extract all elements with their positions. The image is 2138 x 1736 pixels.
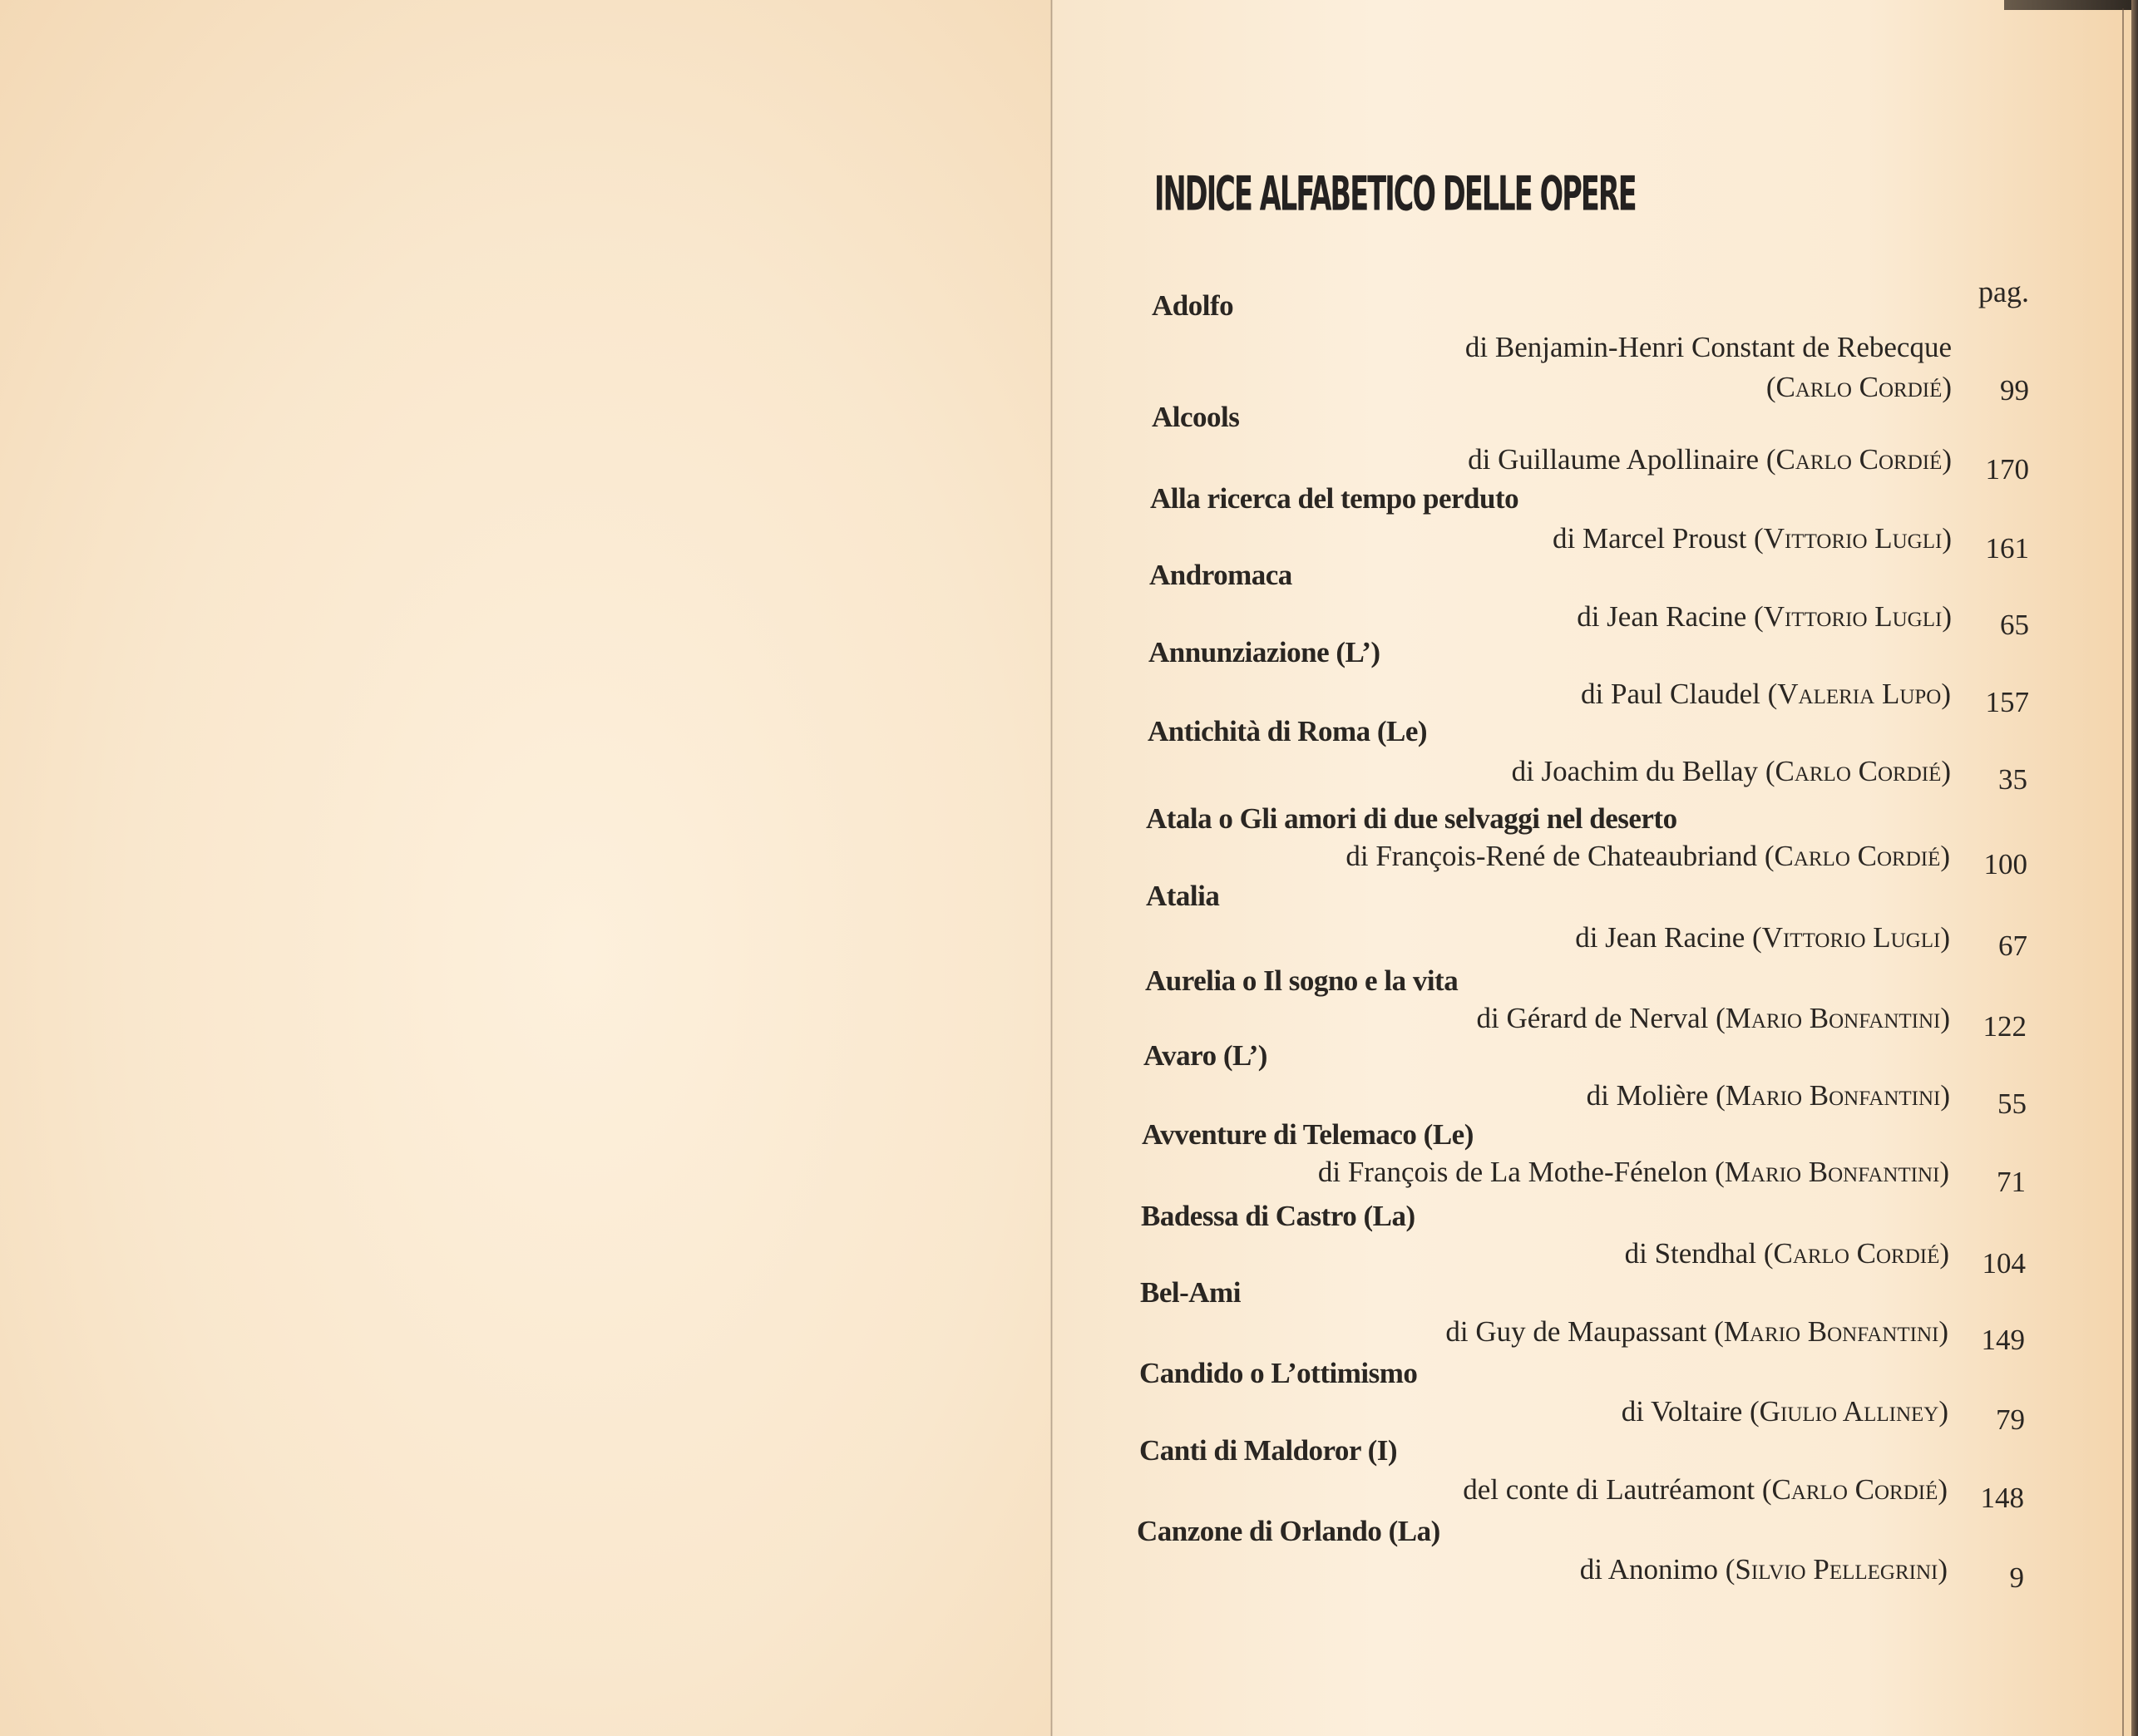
entry-author-editor: di Guy de Maupassant (Mario Bonfantini) xyxy=(1445,1315,1948,1349)
entry-page-number: 161 xyxy=(1954,532,2029,565)
entry-author: di Benjamin-Henri Constant de Rebecque xyxy=(1465,331,1952,364)
entry-title: Adolfo xyxy=(1152,289,1233,323)
entry-page-number: 104 xyxy=(1951,1247,2026,1280)
entry-title: Aurelia o Il sogno e la vita xyxy=(1145,964,1458,998)
entry-title: Badessa di Castro (La) xyxy=(1141,1200,1415,1233)
entry-author-editor: di Anonimo (Silvio Pellegrini) xyxy=(1580,1553,1948,1586)
entry-author-editor: di François-René de Chateaubriand (Carlo… xyxy=(1346,840,1950,873)
entry-page-number: 79 xyxy=(1950,1403,2025,1437)
entry-author-editor: di Paul Claudel (Valeria Lupo) xyxy=(1581,678,1951,711)
entry-page-number: 71 xyxy=(1951,1166,2026,1199)
entry-page-number: 99 xyxy=(1954,374,2029,407)
entry-author-editor: di Gérard de Nerval (Mario Bonfantini) xyxy=(1476,1002,1950,1035)
entry-title: Candido o L’ottimismo xyxy=(1139,1357,1417,1390)
entry-title: Annunziazione (L’) xyxy=(1148,636,1380,669)
entry-page-number: 55 xyxy=(1952,1087,2027,1121)
entry-author-editor: di François de La Mothe-Fénelon (Mario B… xyxy=(1318,1156,1949,1189)
entry-title: Atalia xyxy=(1146,880,1219,913)
entry-title: Avaro (L’) xyxy=(1143,1039,1267,1073)
page-title: INDICE ALFABETICO DELLE OPERE xyxy=(1154,166,1636,221)
entry-author-editor: di Joachim du Bellay (Carlo Cordié) xyxy=(1512,755,1951,788)
entry-author-editor: di Molière (Mario Bonfantini) xyxy=(1587,1079,1950,1112)
entry-title: Atala o Gli amori di due selvaggi nel de… xyxy=(1146,802,1677,836)
entry-author-editor: di Jean Racine (Vittorio Lugli) xyxy=(1577,600,1952,634)
page-column-label: pag. xyxy=(1975,274,2029,309)
entry-author-editor: di Stendhal (Carlo Cordié) xyxy=(1625,1237,1949,1270)
entry-author-editor: di Marcel Proust (Vittorio Lugli) xyxy=(1553,522,1952,555)
entry-page-number: 65 xyxy=(1954,609,2029,642)
entry-title: Canzone di Orlando (La) xyxy=(1137,1515,1440,1548)
entry-title: Canti di Maldoror (I) xyxy=(1139,1434,1397,1467)
entry-title: Alcools xyxy=(1152,401,1239,434)
entry-author-editor: del conte di Lautréamont (Carlo Cordié) xyxy=(1463,1473,1948,1507)
entry-title: Bel-Ami xyxy=(1140,1276,1241,1309)
entry-page-number: 100 xyxy=(1953,848,2027,881)
book-cover-edge-right xyxy=(2131,0,2138,1736)
entry-page-number: 122 xyxy=(1952,1010,2027,1043)
entry-page-number: 170 xyxy=(1954,453,2029,486)
entry-page-number: 157 xyxy=(1954,686,2029,719)
entry-title: Andromaca xyxy=(1149,559,1292,592)
entry-page-number: 67 xyxy=(1953,930,2027,963)
entry-title: Alla ricerca del tempo perduto xyxy=(1150,482,1518,515)
entry-page-number: 149 xyxy=(1950,1324,2025,1357)
entry-editor: (Carlo Cordié) xyxy=(1766,371,1952,404)
entry-page-number: 9 xyxy=(1949,1561,2024,1595)
entry-author-editor: di Guillaume Apollinaire (Carlo Cordié) xyxy=(1468,443,1952,476)
entry-author-editor: di Jean Racine (Vittorio Lugli) xyxy=(1575,921,1950,954)
book-cover-edge-top xyxy=(2004,0,2138,10)
page-edge-line xyxy=(2122,8,2124,1736)
left-page-blank xyxy=(0,0,1052,1736)
entry-title: Antichità di Roma (Le) xyxy=(1148,715,1427,748)
entry-page-number: 148 xyxy=(1949,1482,2024,1515)
entry-title: Avventure di Telemaco (Le) xyxy=(1142,1118,1474,1152)
entry-page-number: 35 xyxy=(1953,763,2027,796)
entry-author-editor: di Voltaire (Giulio Alliney) xyxy=(1622,1395,1948,1428)
